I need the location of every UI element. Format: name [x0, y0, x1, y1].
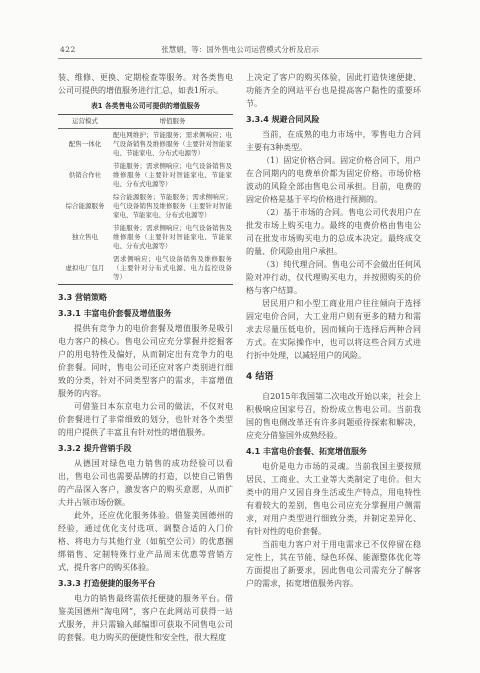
right-column: 上决定了客户的购买体验，因此打造快速便捷、功能齐全的网站平台也是提高客户黏性的重…	[246, 71, 421, 644]
table-row: 供销合作社 节能服务；需求侧响应；电气设备销售及维修服务（主要针对智能家电、节能…	[58, 160, 233, 191]
value-added-services-table: 运营模式 增值服务 配售一体化 配电网维护；节能服务；需求侧响应；电气设备销售及…	[58, 114, 233, 285]
paragraph: 电价是电力市场的灵魂。当前我国主要按照居民、工商业、大工业等大类制定了电价。但大…	[246, 460, 421, 538]
heading-3-3-3: 3.3.3 打造便捷的服务平台	[58, 577, 233, 590]
services-cell: 节能服务；需求侧响应；电气设备销售及维修服务（主要针对智能家电、节能家电、分布式…	[112, 160, 233, 191]
mode-cell: 独立售电	[58, 222, 112, 253]
services-cell: 综合能源服务；节能服务；需求侧响应；电气设备销售及维修服务（主要针对智能家电、节…	[112, 191, 233, 222]
paragraph: 从德国对绿色电力销售的成功经验可以看出，售电公司也需要品牌的打造，以使自己销售的…	[58, 457, 233, 509]
services-cell: 节能服务；需求侧响应；电气设备销售及维修服务（主要针对智能家电、节能家电、分布式…	[112, 222, 233, 253]
running-head: 422 张慧娟，等：国外售电公司运营模式分析及启示	[58, 44, 422, 56]
journal-page: 422 张慧娟，等：国外售电公司运营模式分析及启示 装、维修、更换、定期检查等服…	[0, 0, 480, 673]
running-title: 张慧娟，等：国外售电公司运营模式分析及启示	[58, 44, 422, 56]
header-rule	[58, 58, 422, 59]
paragraph: 可借鉴日本东京电力公司的做法，不仅对电价套餐进行了非常细致的划分，也针对各个类型…	[58, 400, 233, 439]
heading-3-3: 3.3 营销策略	[58, 291, 233, 304]
paragraph-continuation: 上决定了客户的购买体验，因此打造快速便捷、功能齐全的网站平台也是提高客户黏性的重…	[246, 71, 421, 110]
paragraph-continuation: 装、维修、更换、定期检查等服务。对各类售电公司可提供的增值服务进行汇总，如表1所…	[58, 71, 233, 97]
paragraph: 电力的销售最终需依托便捷的服务平台。借鉴美国德州“淘电网”，客户在此网站可获得一…	[58, 592, 233, 644]
table-head: 运营模式 增值服务	[58, 115, 233, 129]
table-row: 综合能源服务 综合能源服务；节能服务；需求侧响应；电气设备销售及维修服务（主要针…	[58, 191, 233, 222]
heading-4-1: 4.1 丰富电价套餐、拓宽增值服务	[246, 445, 421, 458]
heading-3-3-2: 3.3.2 提升营销手段	[58, 442, 233, 455]
table-body: 配售一体化 配电网维护；节能服务；需求侧响应；电气设备销售及维修服务（主要针对智…	[58, 129, 233, 285]
left-column: 装、维修、更换、定期检查等服务。对各类售电公司可提供的增值服务进行汇总，如表1所…	[58, 71, 233, 644]
column-header-services: 增值服务	[112, 115, 233, 129]
paragraph: （2）基于市场的合同。售电公司代表用户在批发市场上购买电力。最终的电费价格由售电…	[246, 206, 421, 258]
paragraph: 此外，还应优化服务体验。借鉴美国德州的经验，通过优化支付选项、调整合适的入门价格…	[58, 509, 233, 574]
mode-cell: 虚拟电厂包月	[58, 253, 112, 285]
paragraph: （1）固定价格合同。固定价格合同下，用户在合同期内的电费单价都为固定价格。市场价…	[246, 154, 421, 206]
paragraph: 居民用户和小型工商业用户往往倾向于选择固定电价合同，大工业用户则有更多的精力和需…	[246, 297, 421, 362]
paragraph: 自2015年我国第二次电改开始以来，社会上积极响应国家号召，纷纷成立售电公司。当…	[246, 390, 421, 442]
table-row: 配售一体化 配电网维护；节能服务；需求侧响应；电气设备销售及维修服务（主要针对智…	[58, 129, 233, 161]
heading-3-3-4: 3.3.4 规避合同风险	[246, 113, 421, 126]
heading-3-3-1: 3.3.1 丰富电价套餐及增值服务	[58, 307, 233, 320]
table-caption: 表1 各类售电公司可提供的增值服务	[58, 102, 233, 111]
mode-cell: 配售一体化	[58, 129, 112, 161]
two-column-body: 装、维修、更换、定期检查等服务。对各类售电公司可提供的增值服务进行汇总，如表1所…	[58, 71, 422, 644]
table-header-row: 运营模式 增值服务	[58, 115, 233, 129]
paragraph: 当前电力客户对于用电需求已不仅停留在稳定性上，其在节能、绿色环保、能源整体优化等…	[246, 538, 421, 590]
mode-cell: 供销合作社	[58, 160, 112, 191]
services-cell: 配电网维护；节能服务；需求侧响应；电气设备销售及维修服务（主要针对智能家电、节能…	[112, 129, 233, 161]
paragraph: 当前，在成熟的电力市场中，零售电力合同主要有3种类型。	[246, 128, 421, 154]
mode-cell: 综合能源服务	[58, 191, 112, 222]
column-header-mode: 运营模式	[58, 115, 112, 129]
services-cell: 需求侧响应；电气设备销售及维修服务（主要针对分布式电源、电力监控设备等）	[112, 253, 233, 285]
table-row: 虚拟电厂包月 需求侧响应；电气设备销售及维修服务（主要针对分布式电源、电力监控设…	[58, 253, 233, 285]
table-row: 独立售电 节能服务；需求侧响应；电气设备销售及维修服务（主要针对智能家电、节能家…	[58, 222, 233, 253]
paragraph: （3）纯代理合同。售电公司不会做出任何风险对冲行动，仅代理购买电力，并按照购买的…	[246, 258, 421, 297]
paragraph: 提供有竞争力的电价套餐及增值服务是吸引电力客户的核心。售电公司应充分掌握并挖掘客…	[58, 322, 233, 400]
heading-4: 4 结语	[246, 371, 421, 384]
